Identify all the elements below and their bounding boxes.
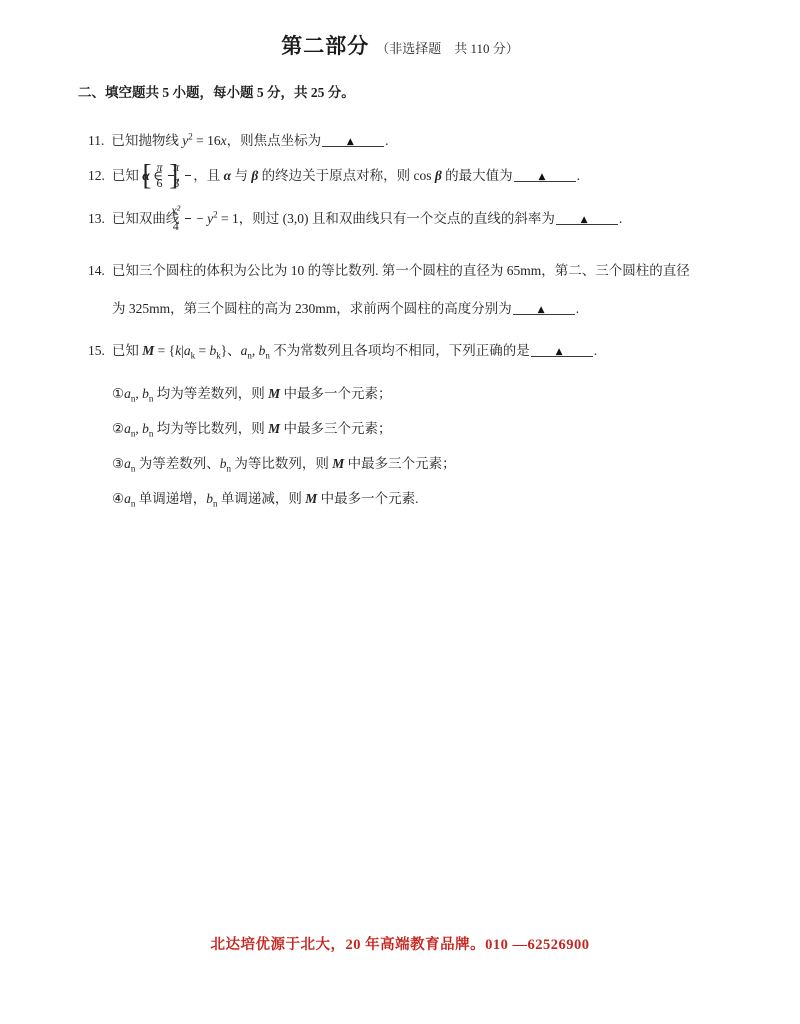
answer-marker-icon: ▲ <box>538 306 545 315</box>
math-variable: b <box>206 491 213 506</box>
text-segment: . <box>594 343 597 358</box>
math-variable: M <box>332 456 344 471</box>
question-14: 14.已知三个圆柱的体积为公比为 10 的等比数列. 第一个圆柱的直径为 65m… <box>88 252 800 328</box>
question-15-item-2: ②an, bn 均为等比数列，则 M 中最多三个元素； <box>112 419 800 439</box>
answer-blank: ▲ <box>514 168 576 182</box>
text-segment: ① <box>112 386 124 401</box>
fraction: π3 <box>185 161 191 189</box>
text-segment: ③ <box>112 456 124 471</box>
text-segment: ，且 <box>193 168 223 183</box>
math-text: = 16 <box>193 133 221 148</box>
answer-blank: ▲ <box>322 133 384 147</box>
math-variable: α <box>224 168 231 183</box>
part-title-note: （非选择题 共 110 分） <box>376 38 519 57</box>
section-heading: 二、填空题共 5 小题，每小题 5 分，共 25 分。 <box>78 85 355 101</box>
footer-branding: 北达培优源于北大，20 年高端教育品牌。010 —62526900 <box>0 933 800 954</box>
text-segment: 均为等差数列，则 <box>153 386 268 401</box>
text-segment: ② <box>112 421 124 436</box>
answer-blank: ▲ <box>513 301 575 315</box>
question-15-item-1: ①an, bn 均为等差数列，则 M 中最多一个元素； <box>112 384 800 404</box>
question-15-item-4: ④an 单调递增，bn 单调递减，则 M 中最多一个元素. <box>112 489 800 509</box>
question-number: 11. <box>88 133 104 148</box>
fraction: x²4 <box>185 204 191 232</box>
text-segment: ④ <box>112 491 124 506</box>
text-segment: 单调递减，则 <box>217 491 305 506</box>
text-segment: 均为等比数列，则 <box>153 421 268 436</box>
math-text: = <box>195 343 209 358</box>
math-variable: a <box>124 491 131 506</box>
question-number: 14. <box>88 263 105 278</box>
question-number: 15. <box>88 343 105 358</box>
text-segment: 中最多一个元素. <box>317 491 418 506</box>
question-13: 13.已知双曲线 x²4 − y2 = 1，则过 (3,0) 且和双曲线只有一个… <box>88 206 800 234</box>
answer-blank: ▲ <box>556 211 618 225</box>
answer-blank: ▲ <box>531 343 593 357</box>
text-segment: 的最大值为 <box>442 168 513 183</box>
math-variable: b <box>142 386 149 401</box>
part-title: 第二部分 <box>281 30 369 60</box>
text-segment: 已知 <box>112 168 142 183</box>
question-11: 11.已知抛物线 y2 = 16x，则焦点坐标为▲. <box>88 131 800 151</box>
text-segment: 中最多三个元素； <box>280 421 391 436</box>
text-segment: . <box>385 133 388 148</box>
text-segment: 中最多一个元素； <box>280 386 391 401</box>
part-header: 第二部分 （非选择题 共 110 分） <box>0 30 800 60</box>
text-segment: 为 325mm，第三个圆柱的高为 230mm，求前两个圆柱的高度分别为 <box>112 301 512 316</box>
text-segment: . <box>619 211 622 226</box>
text-segment: , <box>252 343 259 358</box>
text-segment: ，则过 (3,0) 且和双曲线只有一个交点的直线的斜率为 <box>239 211 555 226</box>
text-segment: 、 <box>227 343 241 358</box>
math-variable: a <box>184 343 191 358</box>
text-segment: 不为常数列且各项均不相同，下列正确的是 <box>270 343 530 358</box>
text-segment: 为等差数列、 <box>135 456 219 471</box>
math-text: − <box>193 211 207 226</box>
answer-marker-icon: ▲ <box>538 173 545 182</box>
question-12: 12.已知 α ∈ [π6, π3]，且 α 与 β 的终边关于原点对称，则 c… <box>88 163 800 191</box>
text-segment: 为等比数列，则 <box>231 456 332 471</box>
math-text: = { <box>154 343 175 358</box>
math-text: = 1 <box>218 211 239 226</box>
math-variable: a <box>124 421 131 436</box>
math-variable: a <box>124 386 131 401</box>
text-segment: 与 <box>231 168 251 183</box>
question-number: 13. <box>88 211 105 226</box>
text-segment: 已知抛物线 <box>111 133 182 148</box>
math-variable: M <box>268 386 280 401</box>
text-segment: ，则焦点坐标为 <box>227 133 322 148</box>
text-segment: 单调递增， <box>135 491 206 506</box>
exam-page: 第二部分 （非选择题 共 110 分） 二、填空题共 5 小题，每小题 5 分，… <box>0 0 800 1024</box>
math-variable: M <box>268 421 280 436</box>
question-15-item-3: ③an 为等差数列、bn 为等比数列，则 M 中最多三个元素； <box>112 454 800 474</box>
math-variable: M <box>142 343 154 358</box>
text-segment: 已知 <box>112 343 142 358</box>
text-segment: 的终边关于原点对称，则 cos <box>258 168 435 183</box>
answer-marker-icon: ▲ <box>347 138 354 147</box>
text-segment: . <box>576 301 579 316</box>
math-variable: β <box>435 168 442 183</box>
math-variable: a <box>124 456 131 471</box>
math-variable: M <box>305 491 317 506</box>
text-segment: . <box>577 168 580 183</box>
text-segment: 已知三个圆柱的体积为公比为 10 的等比数列. 第一个圆柱的直径为 65mm，第… <box>112 263 690 278</box>
text-segment: 中最多三个元素； <box>344 456 455 471</box>
question-number: 12. <box>88 168 105 183</box>
question-15: 15.已知 M = {k|ak = bk}、an, bn 不为常数列且各项均不相… <box>88 341 800 361</box>
answer-marker-icon: ▲ <box>581 216 588 225</box>
math-variable: b <box>142 421 149 436</box>
answer-marker-icon: ▲ <box>556 348 563 357</box>
